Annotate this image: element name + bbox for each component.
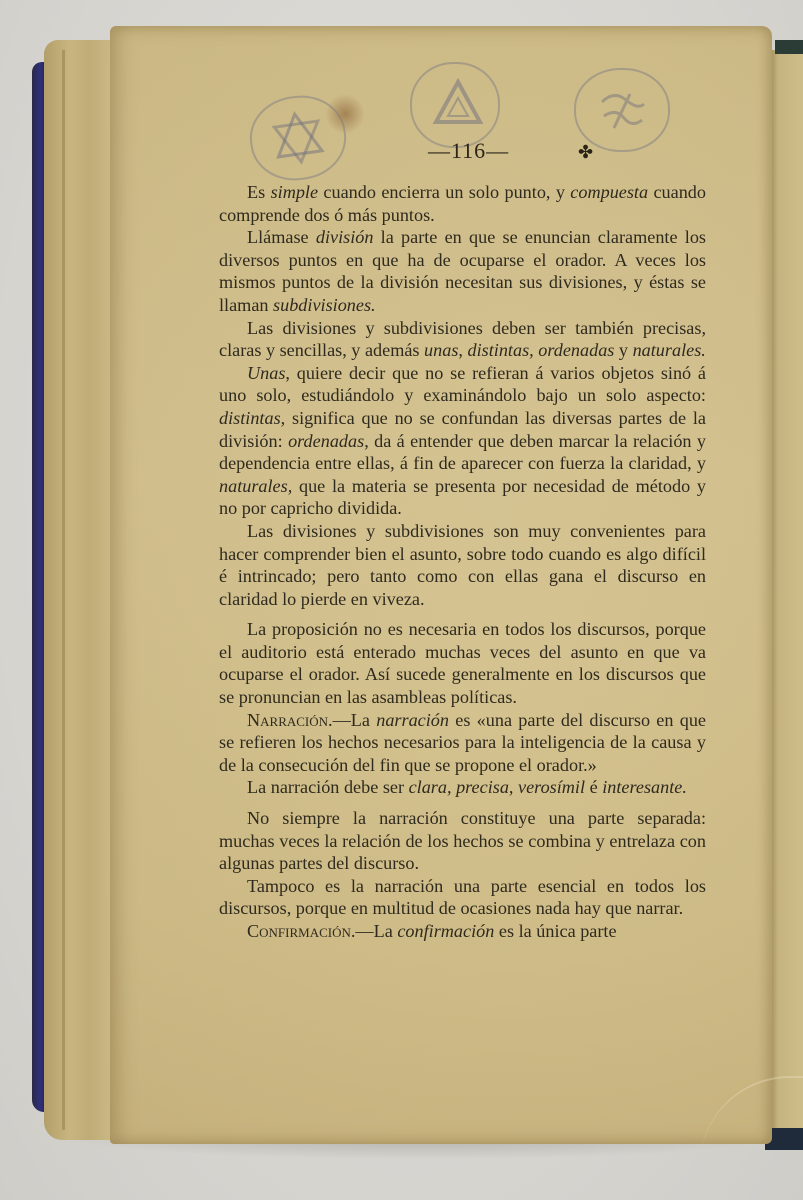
text-run: , quiere decir que no se refieran á vari… <box>219 363 706 406</box>
italic-term: naturales, <box>219 476 292 496</box>
text-run: Tampoco es la narración una parte esenci… <box>219 876 706 919</box>
italic-term: subdivisiones. <box>273 295 376 315</box>
italic-term: clara, precisa, verosímil <box>409 777 585 797</box>
text-run: Es <box>247 182 271 202</box>
book-cover-edge-right <box>775 40 803 54</box>
section-heading: Narración. <box>247 710 333 730</box>
italic-term: confirmación <box>397 921 494 941</box>
paragraph: Las divisiones y subdivisiones deben ser… <box>219 317 706 362</box>
text-run: —La <box>355 921 397 941</box>
paragraph: Tampoco es la narración una parte esenci… <box>219 875 706 920</box>
italic-term: distintas, <box>468 340 534 360</box>
italic-term: naturales. <box>633 340 706 360</box>
italic-term: división <box>316 227 374 247</box>
paragraph: La proposición no es necesaria en todos … <box>219 618 706 708</box>
italic-term: ordenadas <box>538 340 614 360</box>
italic-term: simple <box>271 182 319 202</box>
body-text: Es simple cuando encierra un solo punto,… <box>219 181 706 943</box>
library-stamp-triangle-icon <box>410 62 500 148</box>
page-crease <box>700 1076 803 1168</box>
book-page: —116— ✤ Es simple cuando encierra un sol… <box>110 26 772 1144</box>
library-stamp-monogram-icon <box>574 68 670 152</box>
paragraph: Las divisiones y subdivisiones son muy c… <box>219 520 706 610</box>
text-run: , <box>458 340 467 360</box>
text-run: La narración debe ser <box>247 777 409 797</box>
paragraph: No siempre la narración constituye una p… <box>219 807 706 875</box>
facing-page-edge <box>770 50 803 1145</box>
section-heading: Confirmación. <box>247 921 355 941</box>
text-run: y <box>614 340 632 360</box>
page-number: —116— <box>428 138 509 164</box>
text-run: No siempre la narración constituye una p… <box>219 808 706 873</box>
text-run: —La <box>333 710 377 730</box>
paragraph: Confirmación.—La confirmación es la únic… <box>219 920 706 943</box>
text-run: que la materia se presenta por necesidad… <box>219 476 706 519</box>
paragraph: Es simple cuando encierra un solo punto,… <box>219 181 706 226</box>
paragraph: Unas, quiere decir que no se refieran á … <box>219 362 706 520</box>
italic-term: Unas <box>247 363 285 383</box>
ink-blot: ✤ <box>578 142 593 163</box>
italic-term: ordenadas <box>288 431 364 451</box>
paragraph: Llámase división la parte en que se enun… <box>219 226 706 316</box>
paragraph: La narración debe ser clara, precisa, ve… <box>219 776 706 799</box>
italic-term: compuesta <box>570 182 648 202</box>
italic-term: distintas, <box>219 408 285 428</box>
text-run: é <box>585 777 602 797</box>
italic-term: unas <box>424 340 458 360</box>
paragraph: Narración.—La narración es «una parte de… <box>219 709 706 777</box>
text-run: cuando encierra un solo punto, y <box>318 182 570 202</box>
text-run: La proposición no es necesaria en todos … <box>219 619 706 707</box>
italic-term: narración <box>376 710 449 730</box>
italic-term: interesante. <box>602 777 687 797</box>
text-run: Las divisiones y subdivisiones son muy c… <box>219 521 706 609</box>
text-run: Llámase <box>247 227 316 247</box>
text-run: es la única parte <box>494 921 616 941</box>
